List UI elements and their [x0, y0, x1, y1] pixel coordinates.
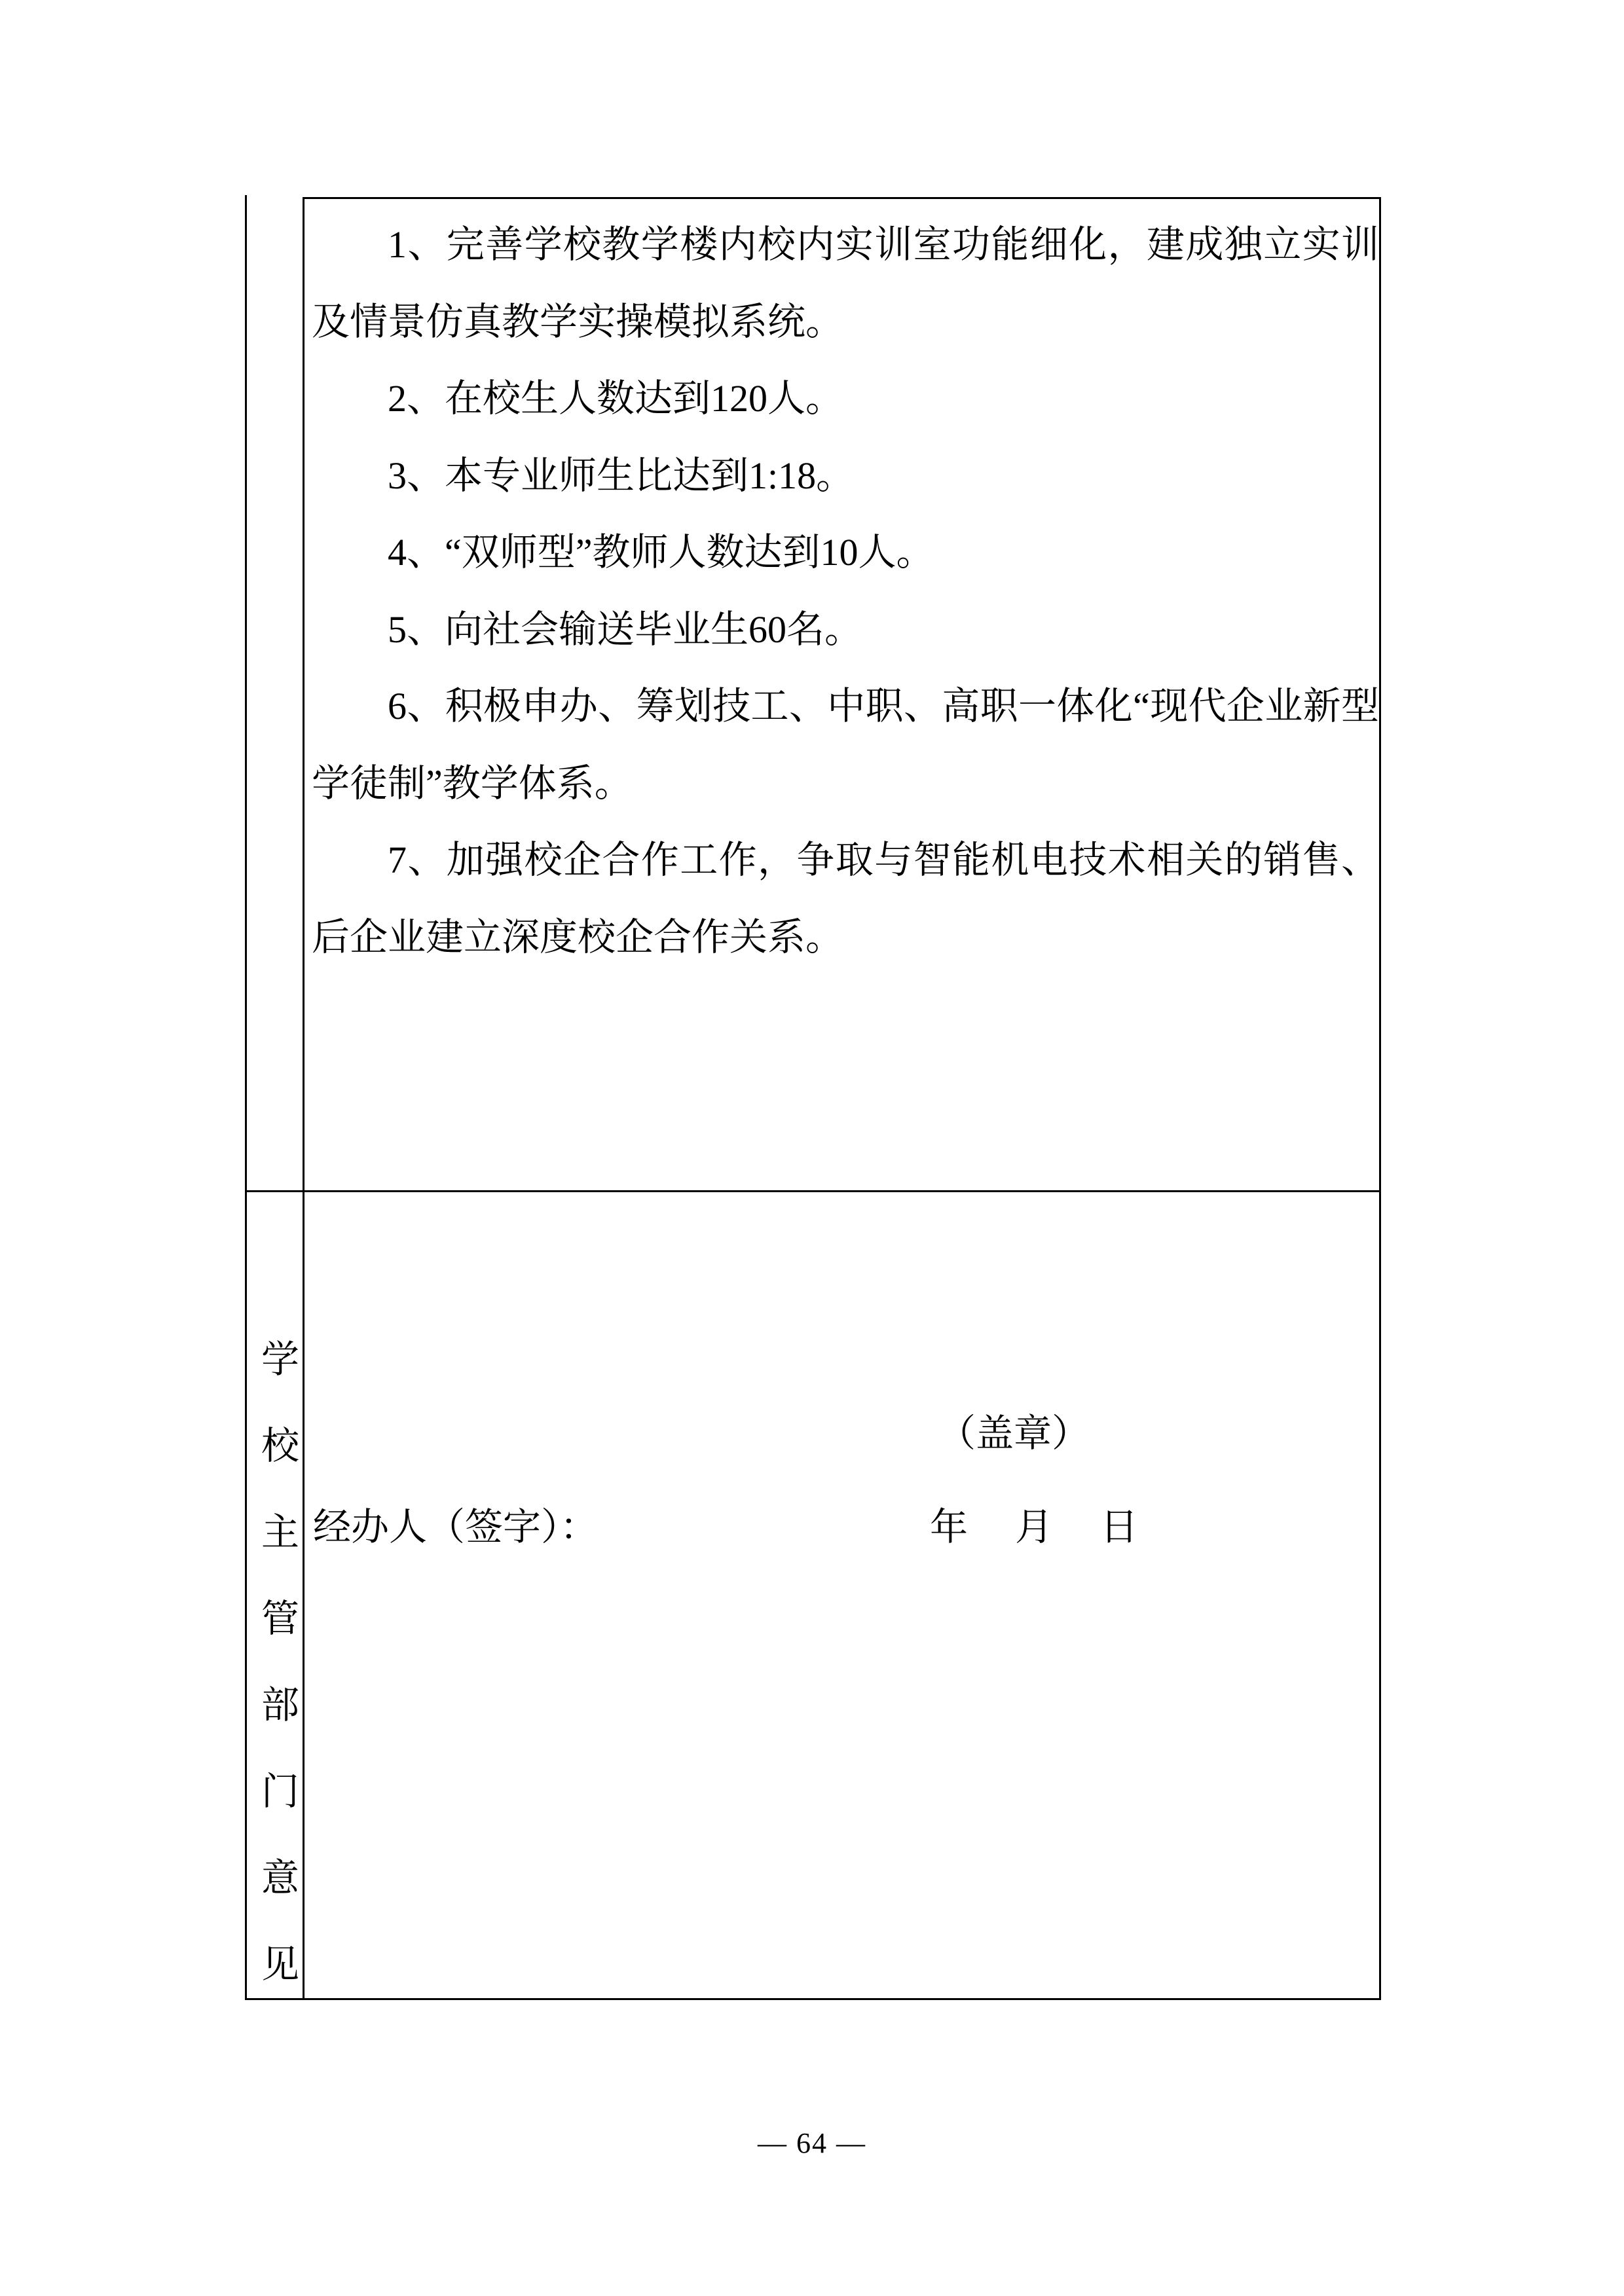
body-line: 学徒制”教学体系。	[312, 745, 1379, 822]
handler-signature-label: 经办人（签字）：	[313, 1508, 598, 1547]
dept-opinion-vertical-label: 学校主管部门意见	[245, 1341, 303, 2032]
date-day-label: 日	[1100, 1508, 1138, 1547]
body-line: 2、在校生人数达到120人。	[312, 360, 1379, 437]
dept-label-char: 校	[258, 1427, 303, 1514]
table-top-border	[303, 197, 1381, 199]
objectives-text-cell: 1、完善学校教学楼内校内实训室功能细化，建成独立实训室 及情景仿真教学实操模拟系…	[312, 206, 1379, 975]
dept-label-char: 意	[258, 1859, 303, 1946]
body-line: 7、加强校企合作工作，争取与智能机电技术相关的销售、售	[312, 822, 1379, 899]
body-line: 1、完善学校教学楼内校内实训室功能细化，建成独立实训室	[312, 206, 1379, 283]
page-number: — 64 —	[0, 2128, 1624, 2159]
dept-label-char: 学	[258, 1341, 303, 1427]
table-right-border	[1379, 197, 1381, 2000]
body-line: 3、本专业师生比达到1:18。	[312, 437, 1379, 515]
date-year-label: 年	[930, 1508, 968, 1547]
date-month-label: 月	[1015, 1508, 1053, 1547]
seal-note: （盖章）	[938, 1414, 1090, 1453]
dept-label-char: 主	[258, 1514, 303, 1600]
body-line: 后企业建立深度校企合作关系。	[312, 899, 1379, 976]
dept-label-char: 管	[258, 1600, 303, 1686]
body-line: 及情景仿真教学实操模拟系统。	[312, 283, 1379, 361]
table-label-column-border	[303, 197, 304, 2000]
body-line: 6、积极申办、筹划技工、中职、高职一体化“现代企业新型	[312, 668, 1379, 745]
dept-label-char: 门	[258, 1773, 303, 1859]
table-bottom-border	[245, 1998, 1381, 2000]
table-row-divider	[245, 1190, 1381, 1192]
body-line: 5、向社会输送毕业生60名。	[312, 591, 1379, 668]
dept-label-char: 见	[258, 1946, 303, 2032]
date-row: 年 月 日	[930, 1508, 1138, 1547]
dept-label-char: 部	[258, 1686, 303, 1773]
document-page: 1、完善学校教学楼内校内实训室功能细化，建成独立实训室 及情景仿真教学实操模拟系…	[0, 0, 1624, 2296]
body-line: 4、“双师型”教师人数达到10人。	[312, 514, 1379, 591]
